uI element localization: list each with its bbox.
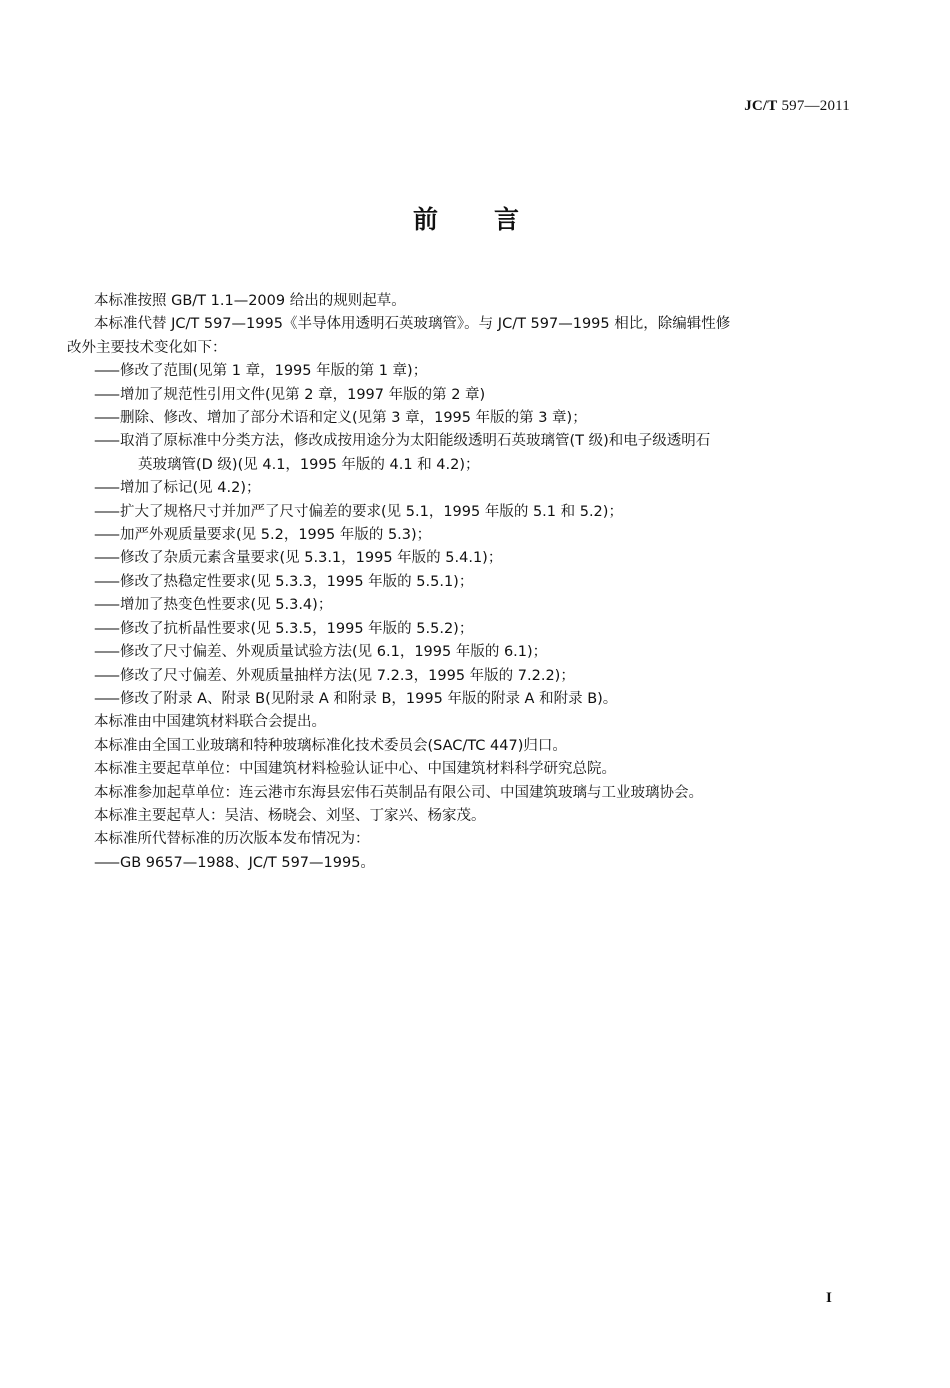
paragraph-version-history: 本标准所代替标准的历次版本发布情况为： bbox=[94, 828, 864, 851]
list-item: ——取消了原标准中分类方法，修改成按用途分为太阳能级透明石英玻璃管(T 级)和电… bbox=[94, 430, 864, 477]
list-item-text: 修改了抗析晶性要求(见 5.3.5，1995 年版的 5.5.2)； bbox=[120, 621, 473, 637]
dash-marker: —— bbox=[94, 547, 117, 570]
list-item-text: 修改了尺寸偏差、外观质量试验方法(见 6.1，1995 年版的 6.1)； bbox=[120, 644, 547, 660]
list-item: ——修改了附录 A、附录 B(见附录 A 和附录 B，1995 年版的附录 A … bbox=[94, 688, 864, 711]
list-item: ——修改了杂质元素含量要求(见 5.3.1，1995 年版的 5.4.1)； bbox=[94, 547, 864, 570]
dash-marker: —— bbox=[94, 360, 117, 383]
list-item: ——修改了尺寸偏差、外观质量试验方法(见 6.1，1995 年版的 6.1)； bbox=[94, 641, 864, 664]
dash-marker: —— bbox=[94, 641, 117, 664]
list-item: ——增加了标记(见 4.2)； bbox=[94, 477, 864, 500]
paragraph-replaces-continuation: 改外主要技术变化如下： bbox=[67, 337, 864, 360]
dash-marker: —— bbox=[94, 477, 117, 500]
paragraph-replaces: 本标准代替 JC/T 597—1995《半导体用透明石英玻璃管》。与 JC/T … bbox=[94, 313, 864, 336]
paragraph-participating-units: 本标准参加起草单位：连云港市东海县宏伟石英制品有限公司、中国建筑玻璃与工业玻璃协… bbox=[94, 782, 864, 805]
list-item: ——增加了规范性引用文件(见第 2 章，1997 年版的第 2 章) bbox=[94, 384, 864, 407]
paragraph-proposed-by: 本标准由中国建筑材料联合会提出。 bbox=[94, 711, 864, 734]
document-body: 本标准按照 GB/T 1.1—2009 给出的规则起草。 本标准代替 JC/T … bbox=[94, 290, 864, 875]
dash-marker: —— bbox=[94, 407, 117, 430]
list-item: ——扩大了规格尺寸并加严了尺寸偏差的要求(见 5.1，1995 年版的 5.1 … bbox=[94, 501, 864, 524]
list-item: ——修改了热稳定性要求(见 5.3.3，1995 年版的 5.5.1)； bbox=[94, 571, 864, 594]
standard-code-prefix: JC/T bbox=[744, 98, 777, 114]
dash-marker: —— bbox=[94, 430, 117, 453]
dash-marker: —— bbox=[94, 524, 117, 547]
list-item: ——删除、修改、增加了部分术语和定义(见第 3 章，1995 年版的第 3 章)… bbox=[94, 407, 864, 430]
list-item-text: 修改了热稳定性要求(见 5.3.3，1995 年版的 5.5.1)； bbox=[120, 574, 473, 590]
page-number: I bbox=[826, 1290, 832, 1307]
dash-marker: —— bbox=[94, 688, 117, 711]
list-item: ——修改了抗析晶性要求(见 5.3.5，1995 年版的 5.5.2)； bbox=[94, 618, 864, 641]
list-item-continuation: 英玻璃管(D 级)(见 4.1，1995 年版的 4.1 和 4.2)； bbox=[94, 454, 864, 477]
list-item-text: 增加了规范性引用文件(见第 2 章，1997 年版的第 2 章) bbox=[120, 387, 485, 403]
dash-marker: —— bbox=[94, 618, 117, 641]
dash-marker: —— bbox=[94, 501, 117, 524]
list-item-text: 修改了尺寸偏差、外观质量抽样方法(见 7.2.3，1995 年版的 7.2.2)… bbox=[120, 668, 575, 684]
paragraph-main-drafters: 本标准主要起草人：吴洁、杨晓会、刘坚、丁家兴、杨家茂。 bbox=[94, 805, 864, 828]
list-item-text: 扩大了规格尺寸并加严了尺寸偏差的要求(见 5.1，1995 年版的 5.1 和 … bbox=[120, 504, 623, 520]
dash-marker: —— bbox=[94, 384, 117, 407]
dash-marker: —— bbox=[94, 594, 117, 617]
list-item-text: 删除、修改、增加了部分术语和定义(见第 3 章，1995 年版的第 3 章)； bbox=[120, 410, 587, 426]
list-item: ——修改了尺寸偏差、外观质量抽样方法(见 7.2.3，1995 年版的 7.2.… bbox=[94, 665, 864, 688]
list-item-text: 增加了热变色性要求(见 5.3.4)； bbox=[120, 597, 332, 613]
list-item: ——修改了范围(见第 1 章，1995 年版的第 1 章)； bbox=[94, 360, 864, 383]
changes-list: ——修改了范围(见第 1 章，1995 年版的第 1 章)； ——增加了规范性引… bbox=[94, 360, 864, 711]
history-item-text: GB 9657—1988、JC/T 597—1995。 bbox=[120, 855, 375, 871]
list-item-text: 修改了范围(见第 1 章，1995 年版的第 1 章)； bbox=[120, 363, 427, 379]
list-item-text: 加严外观质量要求(见 5.2，1995 年版的 5.3)； bbox=[120, 527, 431, 543]
list-item-text: 取消了原标准中分类方法，修改成按用途分为太阳能级透明石英玻璃管(T 级)和电子级… bbox=[120, 433, 710, 449]
dash-marker: —— bbox=[94, 665, 117, 688]
list-item: ——增加了热变色性要求(见 5.3.4)； bbox=[94, 594, 864, 617]
page-title: 前言 bbox=[0, 200, 950, 236]
dash-marker: —— bbox=[94, 852, 117, 875]
list-item-text: 修改了附录 A、附录 B(见附录 A 和附录 B，1995 年版的附录 A 和附… bbox=[120, 691, 617, 707]
list-item: ——加严外观质量要求(见 5.2，1995 年版的 5.3)； bbox=[94, 524, 864, 547]
paragraph-drafting-rules: 本标准按照 GB/T 1.1—2009 给出的规则起草。 bbox=[94, 290, 864, 313]
dash-marker: —— bbox=[94, 571, 117, 594]
list-item-text: 增加了标记(见 4.2)； bbox=[120, 480, 260, 496]
paragraph-technical-committee: 本标准由全国工业玻璃和特种玻璃标准化技术委员会(SAC/TC 447)归口。 bbox=[94, 735, 864, 758]
paragraph-main-drafting-units: 本标准主要起草单位：中国建筑材料检验认证中心、中国建筑材料科学研究总院。 bbox=[94, 758, 864, 781]
history-item: ——GB 9657—1988、JC/T 597—1995。 bbox=[94, 852, 864, 875]
standard-code-number: 597—2011 bbox=[778, 98, 851, 114]
standard-code: JC/T 597—2011 bbox=[744, 98, 850, 115]
list-item-text: 修改了杂质元素含量要求(见 5.3.1，1995 年版的 5.4.1)； bbox=[120, 550, 502, 566]
